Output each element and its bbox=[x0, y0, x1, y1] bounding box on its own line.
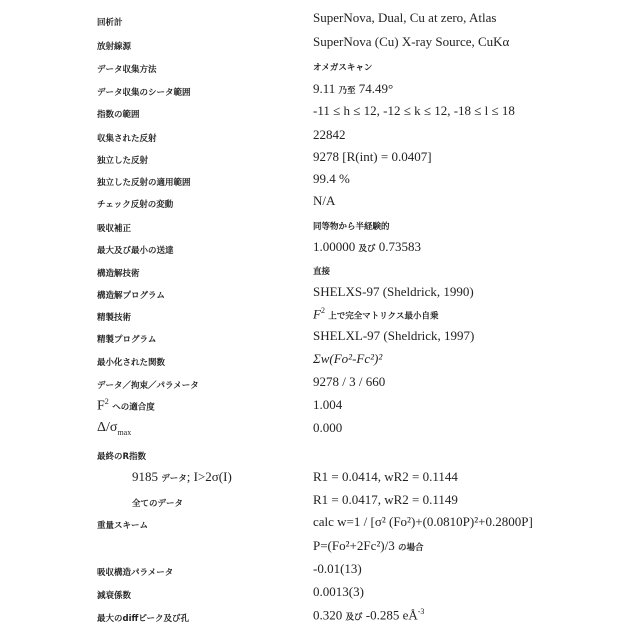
theta-to: 乃至 bbox=[339, 86, 356, 96]
label-diffractometer: 回析計 bbox=[97, 16, 123, 28]
label-transmission: 最大及び最小の送達 bbox=[97, 244, 174, 256]
f-power: 2 bbox=[321, 306, 325, 315]
refinement-method: 上で完全マトリクス最小自乗 bbox=[328, 311, 438, 321]
observed-criterion: ; I>2σ(I) bbox=[187, 469, 232, 484]
row-final-r-indices: 最終のR指数 bbox=[0, 446, 640, 468]
row-r-all-data: 全てのデータ R1 = 0.0417, wR2 = 0.1149 bbox=[0, 492, 640, 514]
row-weighting-p: P=(Fo²+2Fc²)/3 の場合 bbox=[0, 538, 640, 560]
f-symbol: F bbox=[97, 399, 105, 414]
label-coverage: 独立した反射の適用範囲 bbox=[97, 176, 191, 188]
label-r-observed: 9185 データ; I>2σ(I) bbox=[132, 469, 232, 485]
label-shift-esd-max: Δ/σmax bbox=[97, 420, 131, 437]
row-shift-esd-max: Δ/σmax 0.000 bbox=[0, 420, 640, 442]
row-solution-program: 構造解プログラム SHELXS-97 (Sheldrick, 1990) bbox=[0, 284, 640, 306]
row-data-restraints-params: データ／拘束／パラメータ 9278 / 3 / 660 bbox=[0, 374, 640, 396]
row-collection-method: データ収集方法 オメガスキャン bbox=[0, 58, 640, 80]
label-reflections-collected: 収集された反射 bbox=[97, 132, 157, 144]
row-diff-peak-hole: 最大のdiffピーク及び孔 0.320 及び -0.285 eÅ-3 bbox=[0, 607, 640, 629]
delta-sigma: Δ/σ bbox=[97, 420, 117, 435]
value-goodness-of-fit: 1.004 bbox=[313, 397, 342, 413]
value-index-ranges: -11 ≤ h ≤ 12, -12 ≤ k ≤ 12, -18 ≤ l ≤ 18 bbox=[313, 103, 515, 119]
value-diff-peak-hole: 0.320 及び -0.285 eÅ-3 bbox=[313, 607, 424, 623]
f-power: 2 bbox=[105, 397, 109, 406]
value-check-reflections: N/A bbox=[313, 193, 335, 209]
label-goodness-of-fit: F2 への適合度 bbox=[97, 397, 155, 415]
row-absorption-correction: 吸収補正 同等物から半経験的 bbox=[0, 217, 640, 239]
where-text: の場合 bbox=[398, 543, 424, 553]
value-extinction: 0.0013(3) bbox=[313, 584, 364, 600]
row-diffractometer: 回析計 SuperNova, Dual, Cu at zero, Atlas bbox=[0, 10, 640, 32]
peak-value: 0.320 bbox=[313, 607, 342, 622]
f-symbol: F bbox=[313, 306, 321, 321]
value-r-observed: R1 = 0.0414, wR2 = 0.1144 bbox=[313, 469, 458, 485]
value-independent-reflections: 9278 [R(int) = 0.0407] bbox=[313, 149, 432, 165]
label-r-all-data: 全てのデータ bbox=[132, 497, 183, 509]
max-subscript: max bbox=[117, 428, 131, 437]
value-solution-program: SHELXS-97 (Sheldrick, 1990) bbox=[313, 284, 474, 300]
transmission-and: 及び bbox=[359, 244, 376, 254]
value-theta-range: 9.11 乃至 74.49° bbox=[313, 81, 393, 97]
value-radiation-source: SuperNova (Cu) X-ray Source, CuKα bbox=[313, 34, 509, 50]
label-independent-reflections: 独立した反射 bbox=[97, 154, 148, 166]
value-absolute-structure: -0.01(13) bbox=[313, 561, 362, 577]
value-diffractometer: SuperNova, Dual, Cu at zero, Atlas bbox=[313, 10, 496, 26]
label-collection-method: データ収集方法 bbox=[97, 63, 157, 75]
theta-max: 74.49° bbox=[359, 81, 393, 96]
label-refinement-program: 精製プログラム bbox=[97, 333, 156, 345]
value-refinement-program: SHELXL-97 (Sheldrick, 1997) bbox=[313, 328, 474, 344]
value-transmission: 1.00000 及び 0.73583 bbox=[313, 239, 421, 255]
transmission-max: 1.00000 bbox=[313, 239, 355, 254]
row-function-minimized: 最小化された関数 Σw(Fo²-Fc²)² bbox=[0, 351, 640, 373]
row-independent-reflections: 独立した反射 9278 [R(int) = 0.0407] bbox=[0, 149, 640, 171]
row-extinction: 減衰係数 0.0013(3) bbox=[0, 584, 640, 606]
row-coverage: 独立した反射の適用範囲 99.4 % bbox=[0, 171, 640, 193]
row-weighting-scheme: 重量スキーム calc w=1 / [σ² (Fo²)+(0.0810P)²+0… bbox=[0, 514, 640, 536]
hole-value: -0.285 eÅ bbox=[366, 607, 418, 622]
row-radiation-source: 放射線源 SuperNova (Cu) X-ray Source, CuKα bbox=[0, 34, 640, 56]
transmission-min: 0.73583 bbox=[379, 239, 421, 254]
row-index-ranges: 指数の範囲 -11 ≤ h ≤ 12, -12 ≤ k ≤ 12, -18 ≤ … bbox=[0, 103, 640, 125]
row-check-reflections: チェック反射の変動 N/A bbox=[0, 193, 640, 215]
row-r-observed: 9185 データ; I>2σ(I) R1 = 0.0414, wR2 = 0.1… bbox=[0, 469, 640, 491]
label-function-minimized: 最小化された関数 bbox=[97, 356, 165, 368]
and-text: 及び bbox=[346, 612, 363, 622]
value-absorption-correction: 同等物から半経験的 bbox=[313, 220, 390, 232]
row-reflections-collected: 収集された反射 22842 bbox=[0, 127, 640, 149]
value-data-restraints-params: 9278 / 3 / 660 bbox=[313, 374, 385, 390]
row-goodness-of-fit: F2 への適合度 1.004 bbox=[0, 397, 640, 419]
label-extinction: 減衰係数 bbox=[97, 589, 131, 601]
value-solution-technique: 直接 bbox=[313, 265, 330, 277]
label-refinement-technique: 精製技術 bbox=[97, 311, 131, 323]
observed-count: 9185 bbox=[132, 469, 158, 484]
value-function-minimized: Σw(Fo²-Fc²)² bbox=[313, 351, 382, 367]
value-weighting-scheme: calc w=1 / [σ² (Fo²)+(0.0810P)²+0.2800P] bbox=[313, 514, 533, 530]
row-solution-technique: 構造解技術 直接 bbox=[0, 262, 640, 284]
value-weighting-p: P=(Fo²+2Fc²)/3 の場合 bbox=[313, 538, 423, 554]
row-refinement-technique: 精製技術 F2 上で完全マトリクス最小自乗 bbox=[0, 306, 640, 328]
p-definition: P=(Fo²+2Fc²)/3 bbox=[313, 538, 395, 553]
row-absolute-structure: 吸収構造パラメータ -0.01(13) bbox=[0, 561, 640, 583]
label-absolute-structure: 吸収構造パラメータ bbox=[97, 566, 173, 578]
unit-power: -3 bbox=[418, 607, 425, 616]
value-collection-method: オメガスキャン bbox=[313, 61, 372, 73]
label-data-restraints-params: データ／拘束／パラメータ bbox=[97, 379, 199, 391]
label-radiation-source: 放射線源 bbox=[97, 40, 131, 52]
label-solution-program: 構造解プログラム bbox=[97, 289, 165, 301]
row-transmission: 最大及び最小の送達 1.00000 及び 0.73583 bbox=[0, 239, 640, 261]
label-index-ranges: 指数の範囲 bbox=[97, 108, 140, 120]
value-reflections-collected: 22842 bbox=[313, 127, 346, 143]
row-theta-range: データ収集のシータ範囲 9.11 乃至 74.49° bbox=[0, 81, 640, 103]
value-refinement-technique: F2 上で完全マトリクス最小自乗 bbox=[313, 306, 438, 322]
gof-text: への適合度 bbox=[112, 403, 155, 413]
row-refinement-program: 精製プログラム SHELXL-97 (Sheldrick, 1997) bbox=[0, 328, 640, 350]
label-weighting-scheme: 重量スキーム bbox=[97, 519, 148, 531]
value-shift-esd-max: 0.000 bbox=[313, 420, 342, 436]
label-absorption-correction: 吸収補正 bbox=[97, 222, 131, 234]
theta-min: 9.11 bbox=[313, 81, 335, 96]
label-final-r-indices: 最終のR指数 bbox=[97, 450, 146, 462]
label-theta-range: データ収集のシータ範囲 bbox=[97, 86, 191, 98]
data-word: データ bbox=[161, 474, 187, 484]
label-solution-technique: 構造解技術 bbox=[97, 267, 140, 279]
value-r-all-data: R1 = 0.0417, wR2 = 0.1149 bbox=[313, 492, 458, 508]
label-check-reflections: チェック反射の変動 bbox=[97, 198, 173, 210]
label-diff-peak-hole: 最大のdiffピーク及び孔 bbox=[97, 612, 189, 624]
value-coverage: 99.4 % bbox=[313, 171, 350, 187]
